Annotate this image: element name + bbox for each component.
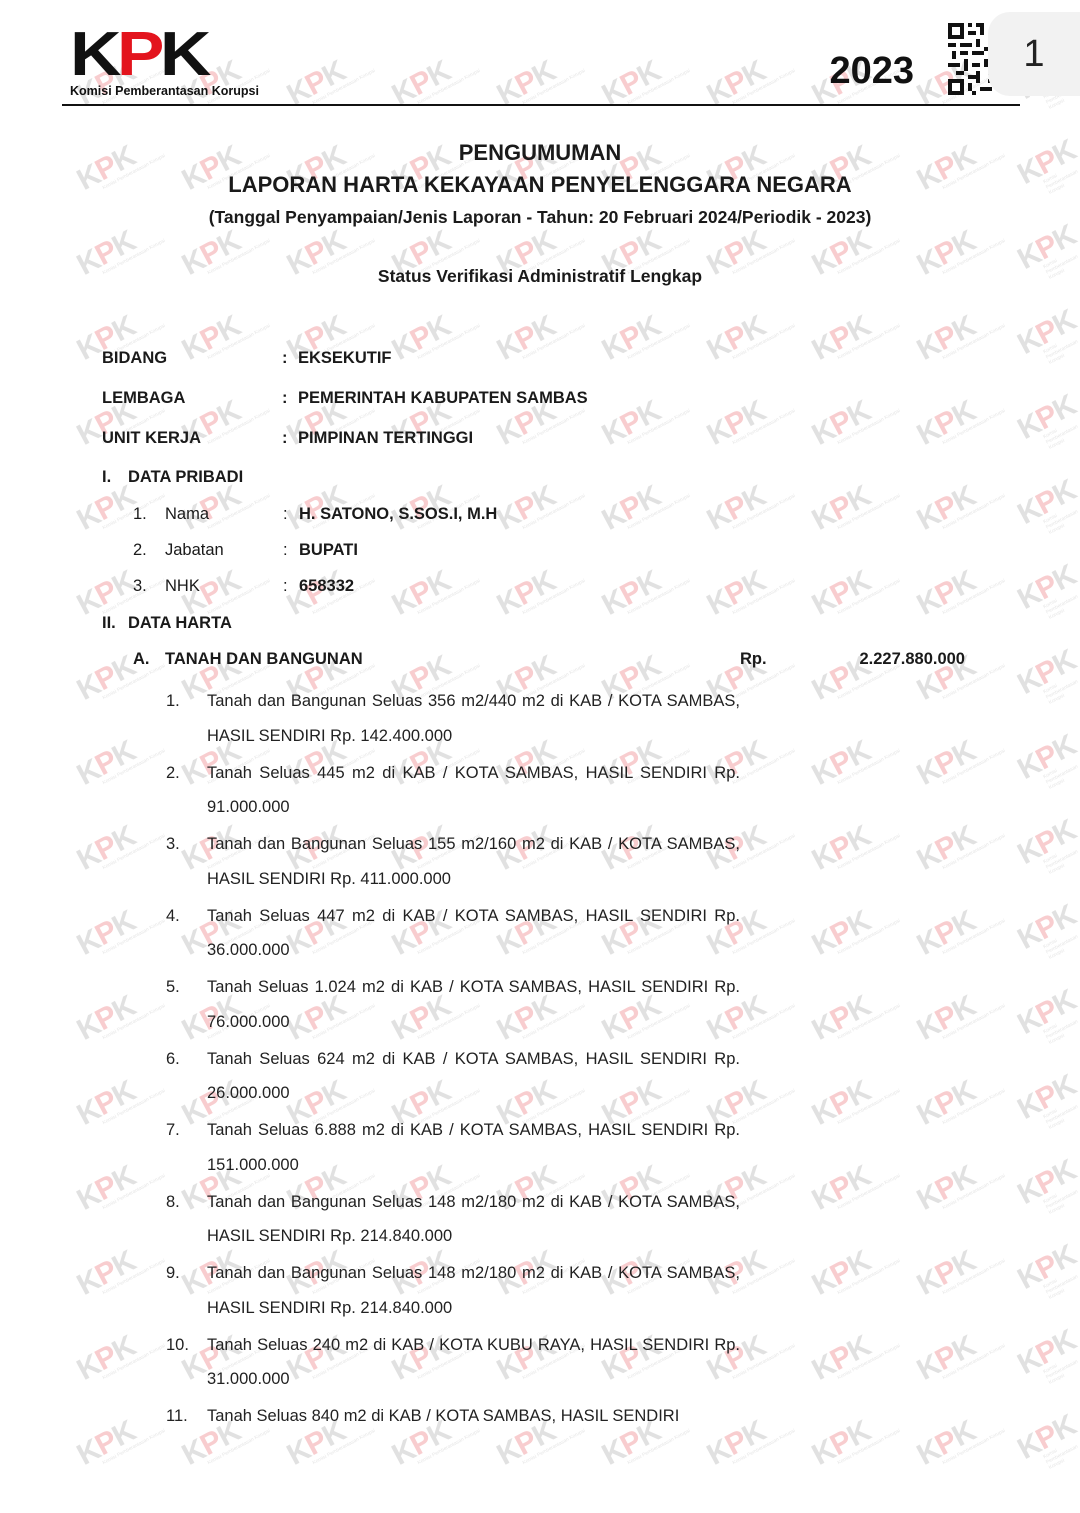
- field-colon: :: [282, 429, 288, 448]
- section-title: DATA PRIBADI: [128, 468, 243, 486]
- asset-description: Tanah Seluas 240 m2 di KAB / KOTA KUBU R…: [207, 1336, 740, 1389]
- asset-number: 3.: [166, 827, 180, 862]
- currency-label: Rp.: [740, 650, 767, 669]
- asset-description: Tanah Seluas 6.888 m2 di KAB / KOTA SAMB…: [207, 1121, 740, 1174]
- asset-list-item: 7.Tanah Seluas 6.888 m2 di KAB / KOTA SA…: [166, 1113, 740, 1182]
- section-data-pribadi: I.DATA PRIBADI: [102, 468, 243, 487]
- category-title: TANAH DAN BANGUNAN: [165, 650, 363, 669]
- category-letter: A.: [133, 650, 150, 669]
- section-number: I.: [102, 468, 128, 487]
- field-number: 2.: [133, 541, 147, 560]
- asset-number: 9.: [166, 1256, 180, 1291]
- asset-list-item: 4.Tanah Seluas 447 m2 di KAB / KOTA SAMB…: [166, 899, 740, 968]
- asset-number: 5.: [166, 970, 180, 1005]
- asset-list-item: 2.Tanah Seluas 445 m2 di KAB / KOTA SAMB…: [166, 756, 740, 825]
- document-header: KPK Komisi Pemberantasan Korupsi 2023: [62, 22, 1020, 106]
- asset-description: Tanah dan Bangunan Seluas 356 m2/440 m2 …: [207, 692, 740, 745]
- kpk-logo: KPK Komisi Pemberantasan Korupsi: [70, 30, 259, 98]
- asset-number: 1.: [166, 684, 180, 719]
- field-value: EKSEKUTIF: [298, 349, 392, 368]
- asset-description: Tanah Seluas 447 m2 di KAB / KOTA SAMBAS…: [207, 907, 740, 960]
- asset-list-item: 10.Tanah Seluas 240 m2 di KAB / KOTA KUB…: [166, 1328, 740, 1397]
- asset-description: Tanah Seluas 624 m2 di KAB / KOTA SAMBAS…: [207, 1050, 740, 1103]
- asset-description: Tanah Seluas 840 m2 di KAB / KOTA SAMBAS…: [207, 1407, 679, 1425]
- field-colon: :: [283, 577, 288, 596]
- verification-status: Status Verifikasi Administratif Lengkap: [0, 266, 1080, 287]
- asset-description: Tanah dan Bangunan Seluas 148 m2/180 m2 …: [207, 1193, 740, 1246]
- field-colon: :: [282, 389, 288, 408]
- report-subtitle: (Tanggal Penyampaian/Jenis Laporan - Tah…: [0, 207, 1080, 228]
- field-value: BUPATI: [299, 541, 358, 560]
- asset-number: 6.: [166, 1042, 180, 1077]
- field-label: NHK: [165, 577, 200, 596]
- asset-list-item: 11.Tanah Seluas 840 m2 di KAB / KOTA SAM…: [166, 1399, 740, 1434]
- asset-list-item: 8.Tanah dan Bangunan Seluas 148 m2/180 m…: [166, 1185, 740, 1254]
- asset-list-item: 1.Tanah dan Bangunan Seluas 356 m2/440 m…: [166, 684, 740, 753]
- asset-list-item: 9.Tanah dan Bangunan Seluas 148 m2/180 m…: [166, 1256, 740, 1325]
- section-data-harta: II.DATA HARTA: [102, 614, 232, 633]
- report-year: 2023: [829, 50, 914, 93]
- asset-list-item: 6.Tanah Seluas 624 m2 di KAB / KOTA SAMB…: [166, 1042, 740, 1111]
- announcement-title: PENGUMUMAN: [0, 140, 1080, 166]
- asset-number: 10.: [166, 1328, 189, 1363]
- field-number: 1.: [133, 505, 147, 524]
- asset-description: Tanah Seluas 1.024 m2 di KAB / KOTA SAMB…: [207, 978, 740, 1031]
- field-label: Jabatan: [165, 541, 224, 560]
- section-number: II.: [102, 614, 128, 633]
- asset-number: 7.: [166, 1113, 180, 1148]
- asset-list-item: 5.Tanah Seluas 1.024 m2 di KAB / KOTA SA…: [166, 970, 740, 1039]
- field-colon: :: [282, 349, 288, 368]
- document-page: KPK Komisi Pemberantasan Korupsi 2023 1 …: [0, 0, 1080, 1513]
- asset-list-item: 3.Tanah dan Bangunan Seluas 155 m2/160 m…: [166, 827, 740, 896]
- field-label: Nama: [165, 505, 209, 524]
- field-label: LEMBAGA: [102, 389, 185, 408]
- field-value: PIMPINAN TERTINGGI: [298, 429, 473, 448]
- asset-number: 8.: [166, 1185, 180, 1220]
- field-number: 3.: [133, 577, 147, 596]
- section-title: DATA HARTA: [128, 614, 232, 632]
- asset-list: 1.Tanah dan Bangunan Seluas 356 m2/440 m…: [166, 684, 740, 1436]
- field-value: H. SATONO, S.SOS.I, M.H: [299, 505, 497, 524]
- report-title: LAPORAN HARTA KEKAYAAN PENYELENGGARA NEG…: [0, 172, 1080, 198]
- field-colon: :: [283, 541, 288, 560]
- asset-description: Tanah dan Bangunan Seluas 148 m2/180 m2 …: [207, 1264, 740, 1317]
- asset-description: Tanah dan Bangunan Seluas 155 m2/160 m2 …: [207, 835, 740, 888]
- asset-description: Tanah Seluas 445 m2 di KAB / KOTA SAMBAS…: [207, 764, 740, 817]
- asset-number: 4.: [166, 899, 180, 934]
- field-label: UNIT KERJA: [102, 429, 201, 448]
- field-value: PEMERINTAH KABUPATEN SAMBAS: [298, 389, 588, 408]
- asset-number: 2.: [166, 756, 180, 791]
- category-total: 2.227.880.000: [859, 650, 965, 669]
- kpk-logo-mark: KPK: [70, 30, 287, 80]
- asset-number: 11.: [166, 1399, 188, 1434]
- field-label: BIDANG: [102, 349, 167, 368]
- field-value: 658332: [299, 577, 354, 596]
- field-colon: :: [283, 505, 288, 524]
- page-number-indicator: 1: [988, 12, 1080, 96]
